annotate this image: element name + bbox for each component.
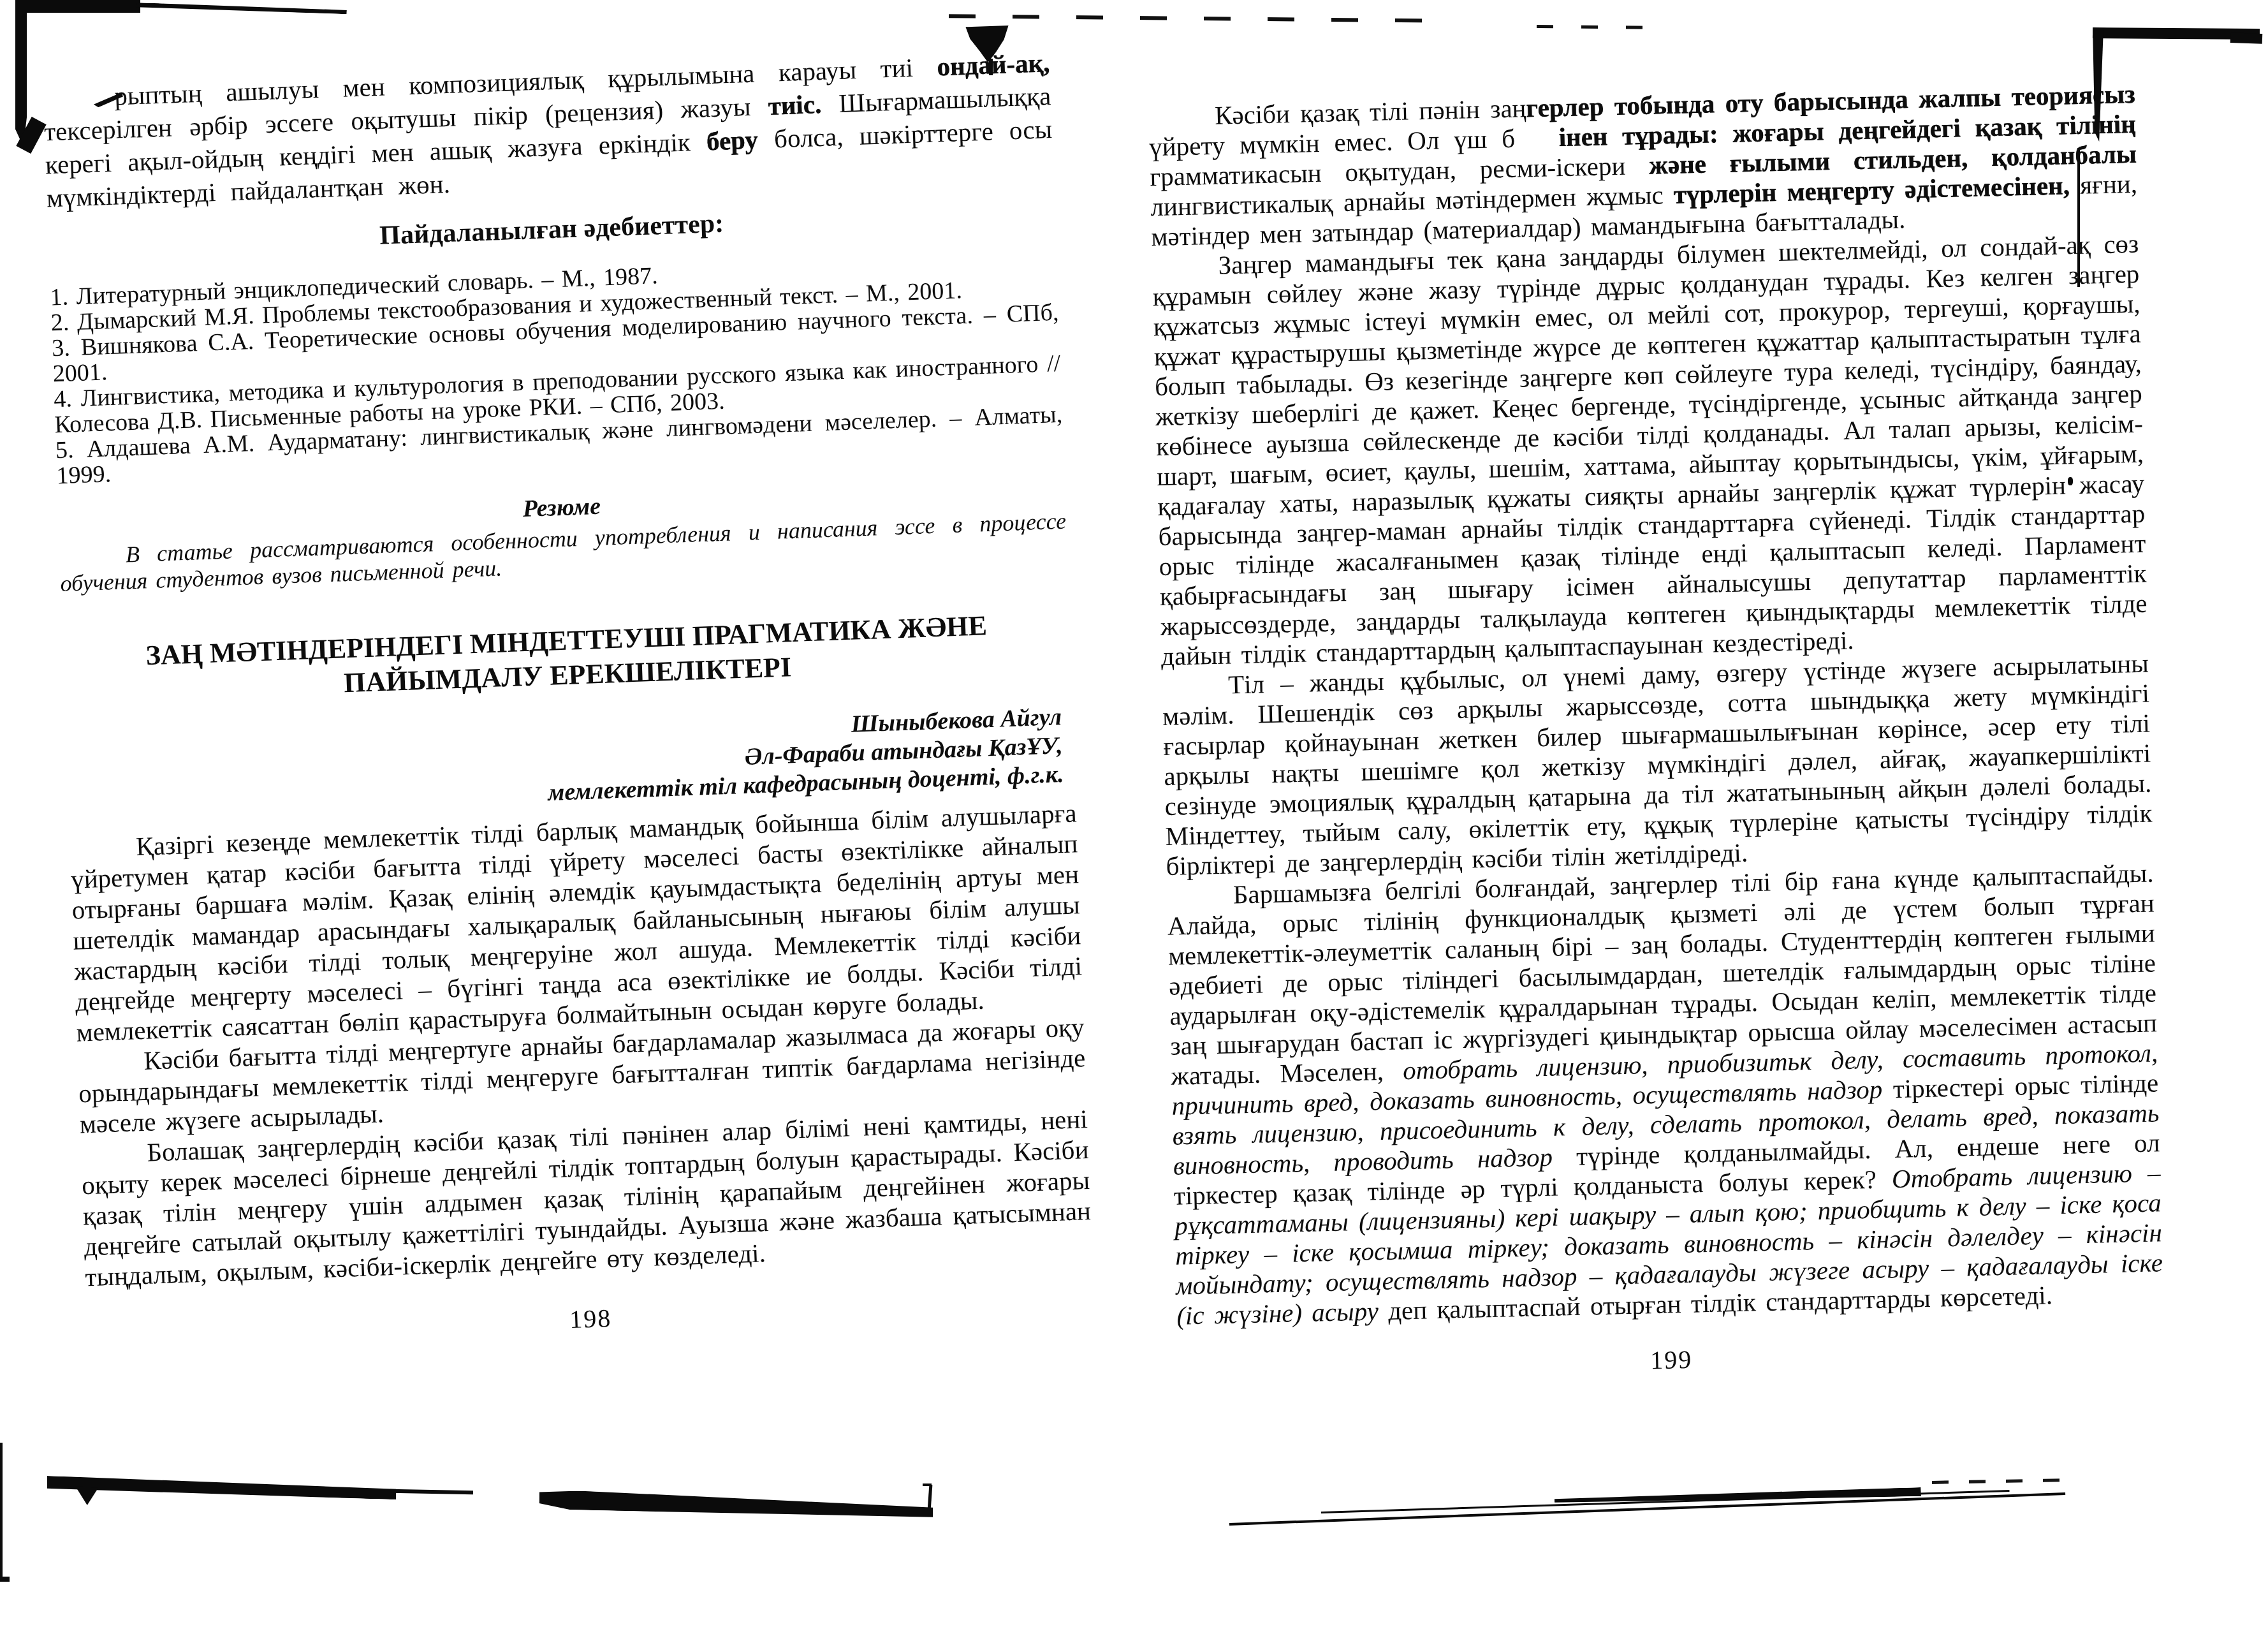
scan-artifact-bottom-center-bar <box>539 1490 933 1519</box>
scan-artifact-top-left-vertical-bar <box>15 0 27 147</box>
scan-artifact-left-edge-line <box>0 1443 3 1580</box>
body-paragraph: Заңгер мамандығы тек қана заңдарды білум… <box>1152 229 2148 672</box>
scan-artifact-left-edge-foot <box>0 1577 10 1582</box>
article-title: ЗАҢ МӘТІНДЕРІНДЕГІ МІНДЕТТЕУШІ ПРАГМАТИК… <box>62 606 1072 710</box>
scan-artifact-bottom-right-dashes <box>1932 1478 2072 1484</box>
scan-artifact-top-left-horizontal-bar <box>15 0 140 13</box>
smudged-run: тиіс. <box>768 89 822 121</box>
scan-artifact-top-dashed-line <box>949 14 1452 23</box>
intro-paragraph: рыптың ашылуы мен композициялық құрылымы… <box>42 46 1053 214</box>
text-run: Қазіргі кезеңде мемлекеттік тілді барлық… <box>70 798 1083 1047</box>
references-list: 1. Литературный энциклопедический словар… <box>50 249 1064 489</box>
page-right: Кәсіби қазақ тілі пәнін заңгерлер тобынд… <box>1148 70 2165 1387</box>
body-paragraph: Қазіргі кезеңде мемлекеттік тілді барлық… <box>70 797 1084 1047</box>
page-left: рыптың ашылуы мен композициялық құрылымы… <box>42 46 1094 1351</box>
scan-artifact-top-right-bar-end <box>2230 33 2263 44</box>
scan-artifact-right-edge-line <box>2077 148 2080 287</box>
scan-artifact-bottom-left-tail <box>390 1489 473 1495</box>
scan-artifact-bottom-bar-hook <box>928 1485 933 1510</box>
body-paragraph: рыптың ашылуы мен композициялық құрылымы… <box>42 46 1053 214</box>
page-number-right: 199 <box>1178 1333 2165 1386</box>
text-run: Заңгер мамандығы тек қана заңдарды білум… <box>1152 229 2147 671</box>
scan-artifact-top-left-diagonal <box>136 3 347 14</box>
page-number-left: 198 <box>87 1286 1095 1351</box>
text-run: Тіл – жанды құбылыс, ол үнемі даму, өзге… <box>1162 649 2153 881</box>
scan-artifact-top-dashes-right <box>1537 25 1671 29</box>
right-page-body: Кәсіби қазақ тілі пәнін заңгерлер тобынд… <box>1148 79 2164 1331</box>
scan-artifact-bottom-left-bar <box>47 1476 396 1499</box>
body-paragraph: Баршамызға белгілі болғандай, заңгерлер … <box>1166 858 2163 1330</box>
body-paragraph: Кәсіби қазақ тілі пәнін заңгерлер тобынд… <box>1148 79 2139 252</box>
left-page-body: Қазіргі кезеңде мемлекеттік тілді барлық… <box>70 797 1093 1292</box>
scan-artifact-bottom-left-notch <box>75 1486 98 1505</box>
scanned-book-spread: { "colors": { "paper": "#ffffff", "ink":… <box>0 0 2268 1627</box>
smudged-run: беру <box>706 125 759 156</box>
scan-artifact-bottom-bar-hook-top <box>923 1483 932 1486</box>
scan-artifact-ink-wedge-tail <box>989 59 993 75</box>
body-paragraph: Тіл – жанды құбылыс, ол үнемі даму, өзге… <box>1162 649 2153 881</box>
scan-artifact-speck <box>2068 477 2073 485</box>
